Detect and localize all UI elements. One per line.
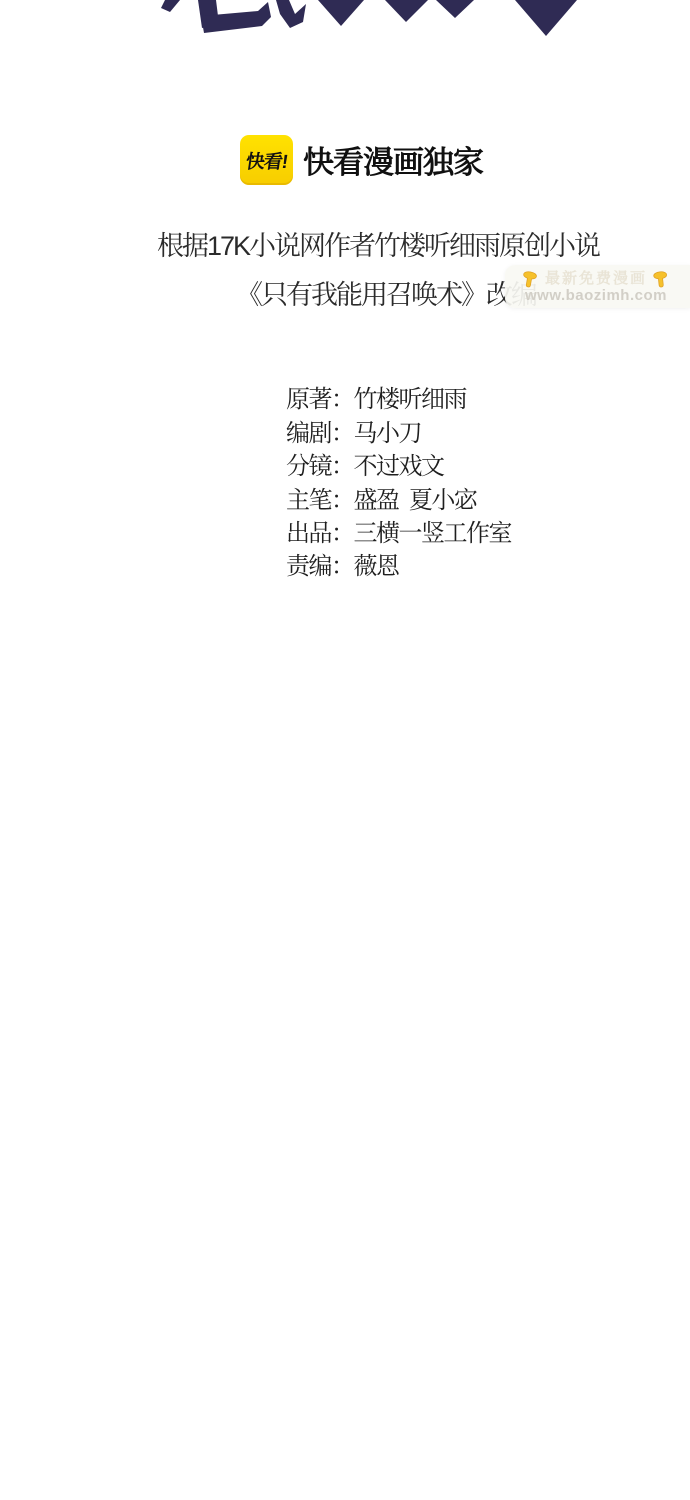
credit-label: 编剧： — [286, 420, 354, 447]
kuaikan-logo-badge-text: 快看! — [244, 147, 289, 174]
credit-label: 主笔： — [286, 487, 354, 514]
credit-label: 出品： — [286, 520, 354, 547]
credit-value: 马小刀 — [354, 420, 422, 447]
title-artwork-remnant — [0, 0, 690, 46]
credit-value: 薇恩 — [354, 553, 399, 580]
adaptation-line-2: 《只有我能用召唤术》改编 — [236, 280, 536, 311]
credits-list: 原著：竹楼听细雨 编剧：马小刀 分镜：不过戏文 主笔：盛盈 夏小宓 出品：三横一… — [255, 350, 511, 550]
pointing-down-hand-icon — [650, 268, 671, 289]
credit-value: 竹楼听细雨 — [354, 386, 467, 413]
watermark-site-url: www.baozimh.com — [525, 288, 667, 304]
site-watermark: 最新免费漫画 www.baozimh.com — [505, 265, 690, 308]
watermark-site-name: 最新免费漫画 — [545, 271, 647, 287]
credit-label: 原著： — [286, 386, 354, 413]
credit-value: 盛盈 夏小宓 — [354, 487, 477, 514]
credit-row-original-author: 原著：竹楼听细雨 — [255, 350, 511, 383]
comic-credits-page: 快看! 快看漫画独家 根据17K小说网作者竹楼听细雨原创小说 《只有我能用召唤术… — [0, 0, 690, 1500]
adaptation-line-1: 根据17K小说网作者竹楼听细雨原创小说 — [157, 231, 599, 262]
credit-value: 不过戏文 — [354, 453, 444, 480]
credit-label: 分镜： — [286, 453, 354, 480]
kuaikan-logo-badge: 快看! — [240, 135, 293, 185]
kuaikan-logo-title: 快看漫画独家 — [303, 147, 483, 178]
credit-label: 责编： — [286, 553, 354, 580]
credit-value: 三横一竖工作室 — [354, 520, 512, 547]
